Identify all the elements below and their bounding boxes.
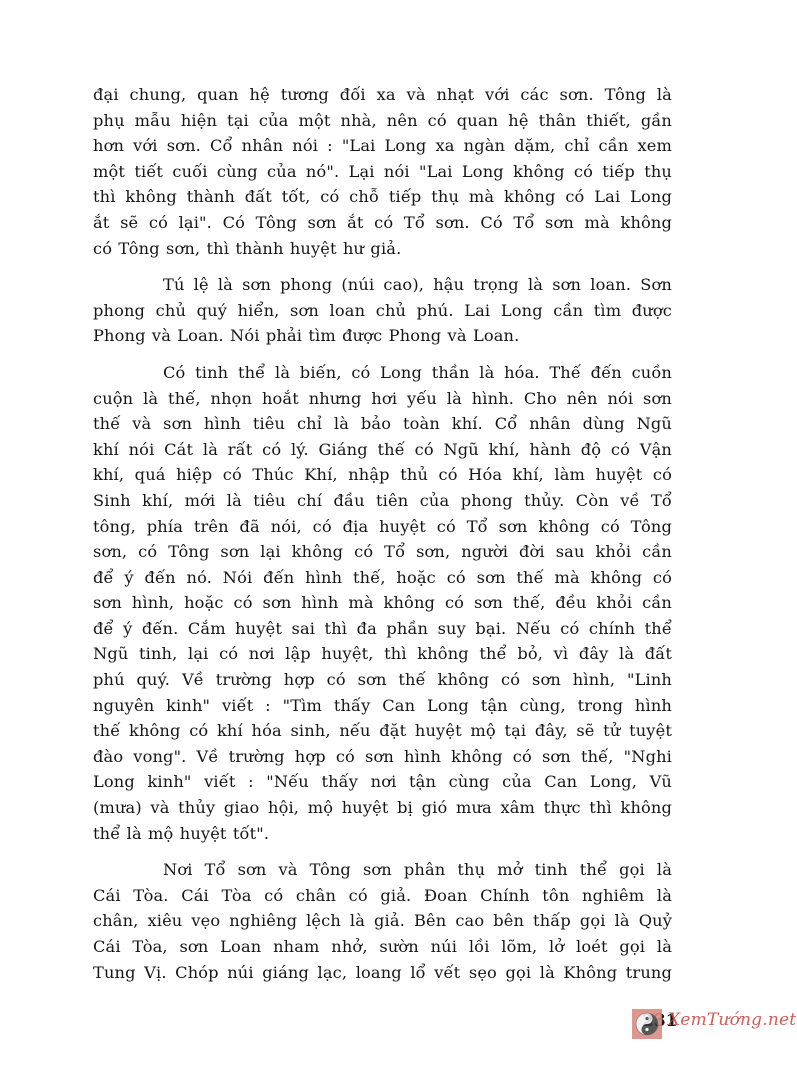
text-line: Long kinh" viết : "Nếu thấy nơi tận cùng… bbox=[93, 769, 672, 795]
page-footer: 231 XemTướng.net bbox=[632, 1008, 792, 1042]
text-line: Cái Tòa, sơn Loan nham nhở, sườn núi lồi… bbox=[93, 934, 672, 960]
text-line: ắt sẽ có lại". Có Tông sơn ắt có Tổ sơn.… bbox=[93, 210, 672, 236]
text-line: một tiết cuối cùng của nó". Lại nói "Lai… bbox=[93, 159, 672, 185]
text-line: thì không thành đất tốt, có chỗ tiếp thụ… bbox=[93, 184, 672, 210]
text-line: Sinh khí, mới là tiêu chí đầu tiên của p… bbox=[93, 488, 672, 514]
paragraph-4: Nơi Tổ sơn và Tông sơn phân thụ mở tinh … bbox=[93, 857, 672, 985]
paragraph-2: Tú lệ là sơn phong (núi cao), hậu trọng … bbox=[93, 272, 672, 349]
text-line: thể là mộ huyệt tốt". bbox=[93, 821, 672, 847]
body-text: đại chung, quan hệ tương đối xa và nhạt … bbox=[93, 82, 672, 996]
text-line: phụ mẫu hiện tại của một nhà, nên có qua… bbox=[93, 108, 672, 134]
text-line: đại chung, quan hệ tương đối xa và nhạt … bbox=[93, 82, 672, 108]
text-line: (mưa) và thủy giao hội, mộ huyệt bị gió … bbox=[93, 795, 672, 821]
watermark-text: XemTướng.net bbox=[668, 1010, 796, 1030]
text-line: khí nói Cát là rất có lý. Giáng thế có N… bbox=[93, 437, 672, 463]
text-line: phong chủ quý hiển, sơn loan chủ phú. La… bbox=[93, 298, 672, 324]
text-line: thế và sơn hình tiêu chỉ là bảo toàn khí… bbox=[93, 411, 672, 437]
text-line: Nơi Tổ sơn và Tông sơn phân thụ mở tinh … bbox=[93, 857, 672, 883]
text-line: thế không có khí hóa sinh, nếu đặt huyệt… bbox=[93, 718, 672, 744]
paragraph-3: Có tinh thể là biến, có Long thần là hóa… bbox=[93, 360, 672, 846]
document-page: đại chung, quan hệ tương đối xa và nhạt … bbox=[0, 0, 797, 1067]
text-line: chân, xiêu vẹo nghiêng lệch là giả. Bên … bbox=[93, 908, 672, 934]
text-line: sơn, có Tông sơn lại không có Tổ sơn, ng… bbox=[93, 539, 672, 565]
text-line: Phong và Loan. Nói phải tìm được Phong v… bbox=[93, 323, 672, 349]
text-line: Tú lệ là sơn phong (núi cao), hậu trọng … bbox=[93, 272, 672, 298]
text-line: tông, phía trên đã nói, có địa huyệt có … bbox=[93, 514, 672, 540]
text-line: Ngũ tinh, lại có nơi lập huyệt, thì khôn… bbox=[93, 641, 672, 667]
text-line: sơn hình, hoặc có sơn hình mà không có s… bbox=[93, 590, 672, 616]
text-line: để ý đến nó. Nói đến hình thế, hoặc có s… bbox=[93, 565, 672, 591]
yin-yang-icon bbox=[632, 1009, 662, 1039]
text-line: Có tinh thể là biến, có Long thần là hóa… bbox=[93, 360, 672, 386]
paragraph-1: đại chung, quan hệ tương đối xa và nhạt … bbox=[93, 82, 672, 261]
text-line: để ý đến. Cắm huyệt sai thì đa phần suy … bbox=[93, 616, 672, 642]
text-line: nguyên kinh" viết : "Tìm thấy Can Long t… bbox=[93, 693, 672, 719]
text-line: hơn với sơn. Cổ nhân nói : "Lai Long xa … bbox=[93, 133, 672, 159]
text-line: đào vong". Về trường hợp có sơn hình khô… bbox=[93, 744, 672, 770]
text-line: có Tông sơn, thì thành huyệt hư giả. bbox=[93, 236, 672, 262]
text-line: Cái Tòa. Cái Tòa có chân có giả. Đoan Ch… bbox=[93, 883, 672, 909]
text-line: cuộn là thế, nhọn hoắt nhưng hơi yếu là … bbox=[93, 386, 672, 412]
text-line: khí, quá hiệp có Thúc Khí, nhập thủ có H… bbox=[93, 462, 672, 488]
text-line: phú quý. Về trường hợp có sơn thế không … bbox=[93, 667, 672, 693]
text-line: Tung Vị. Chóp núi giáng lạc, loang lổ vế… bbox=[93, 960, 672, 986]
